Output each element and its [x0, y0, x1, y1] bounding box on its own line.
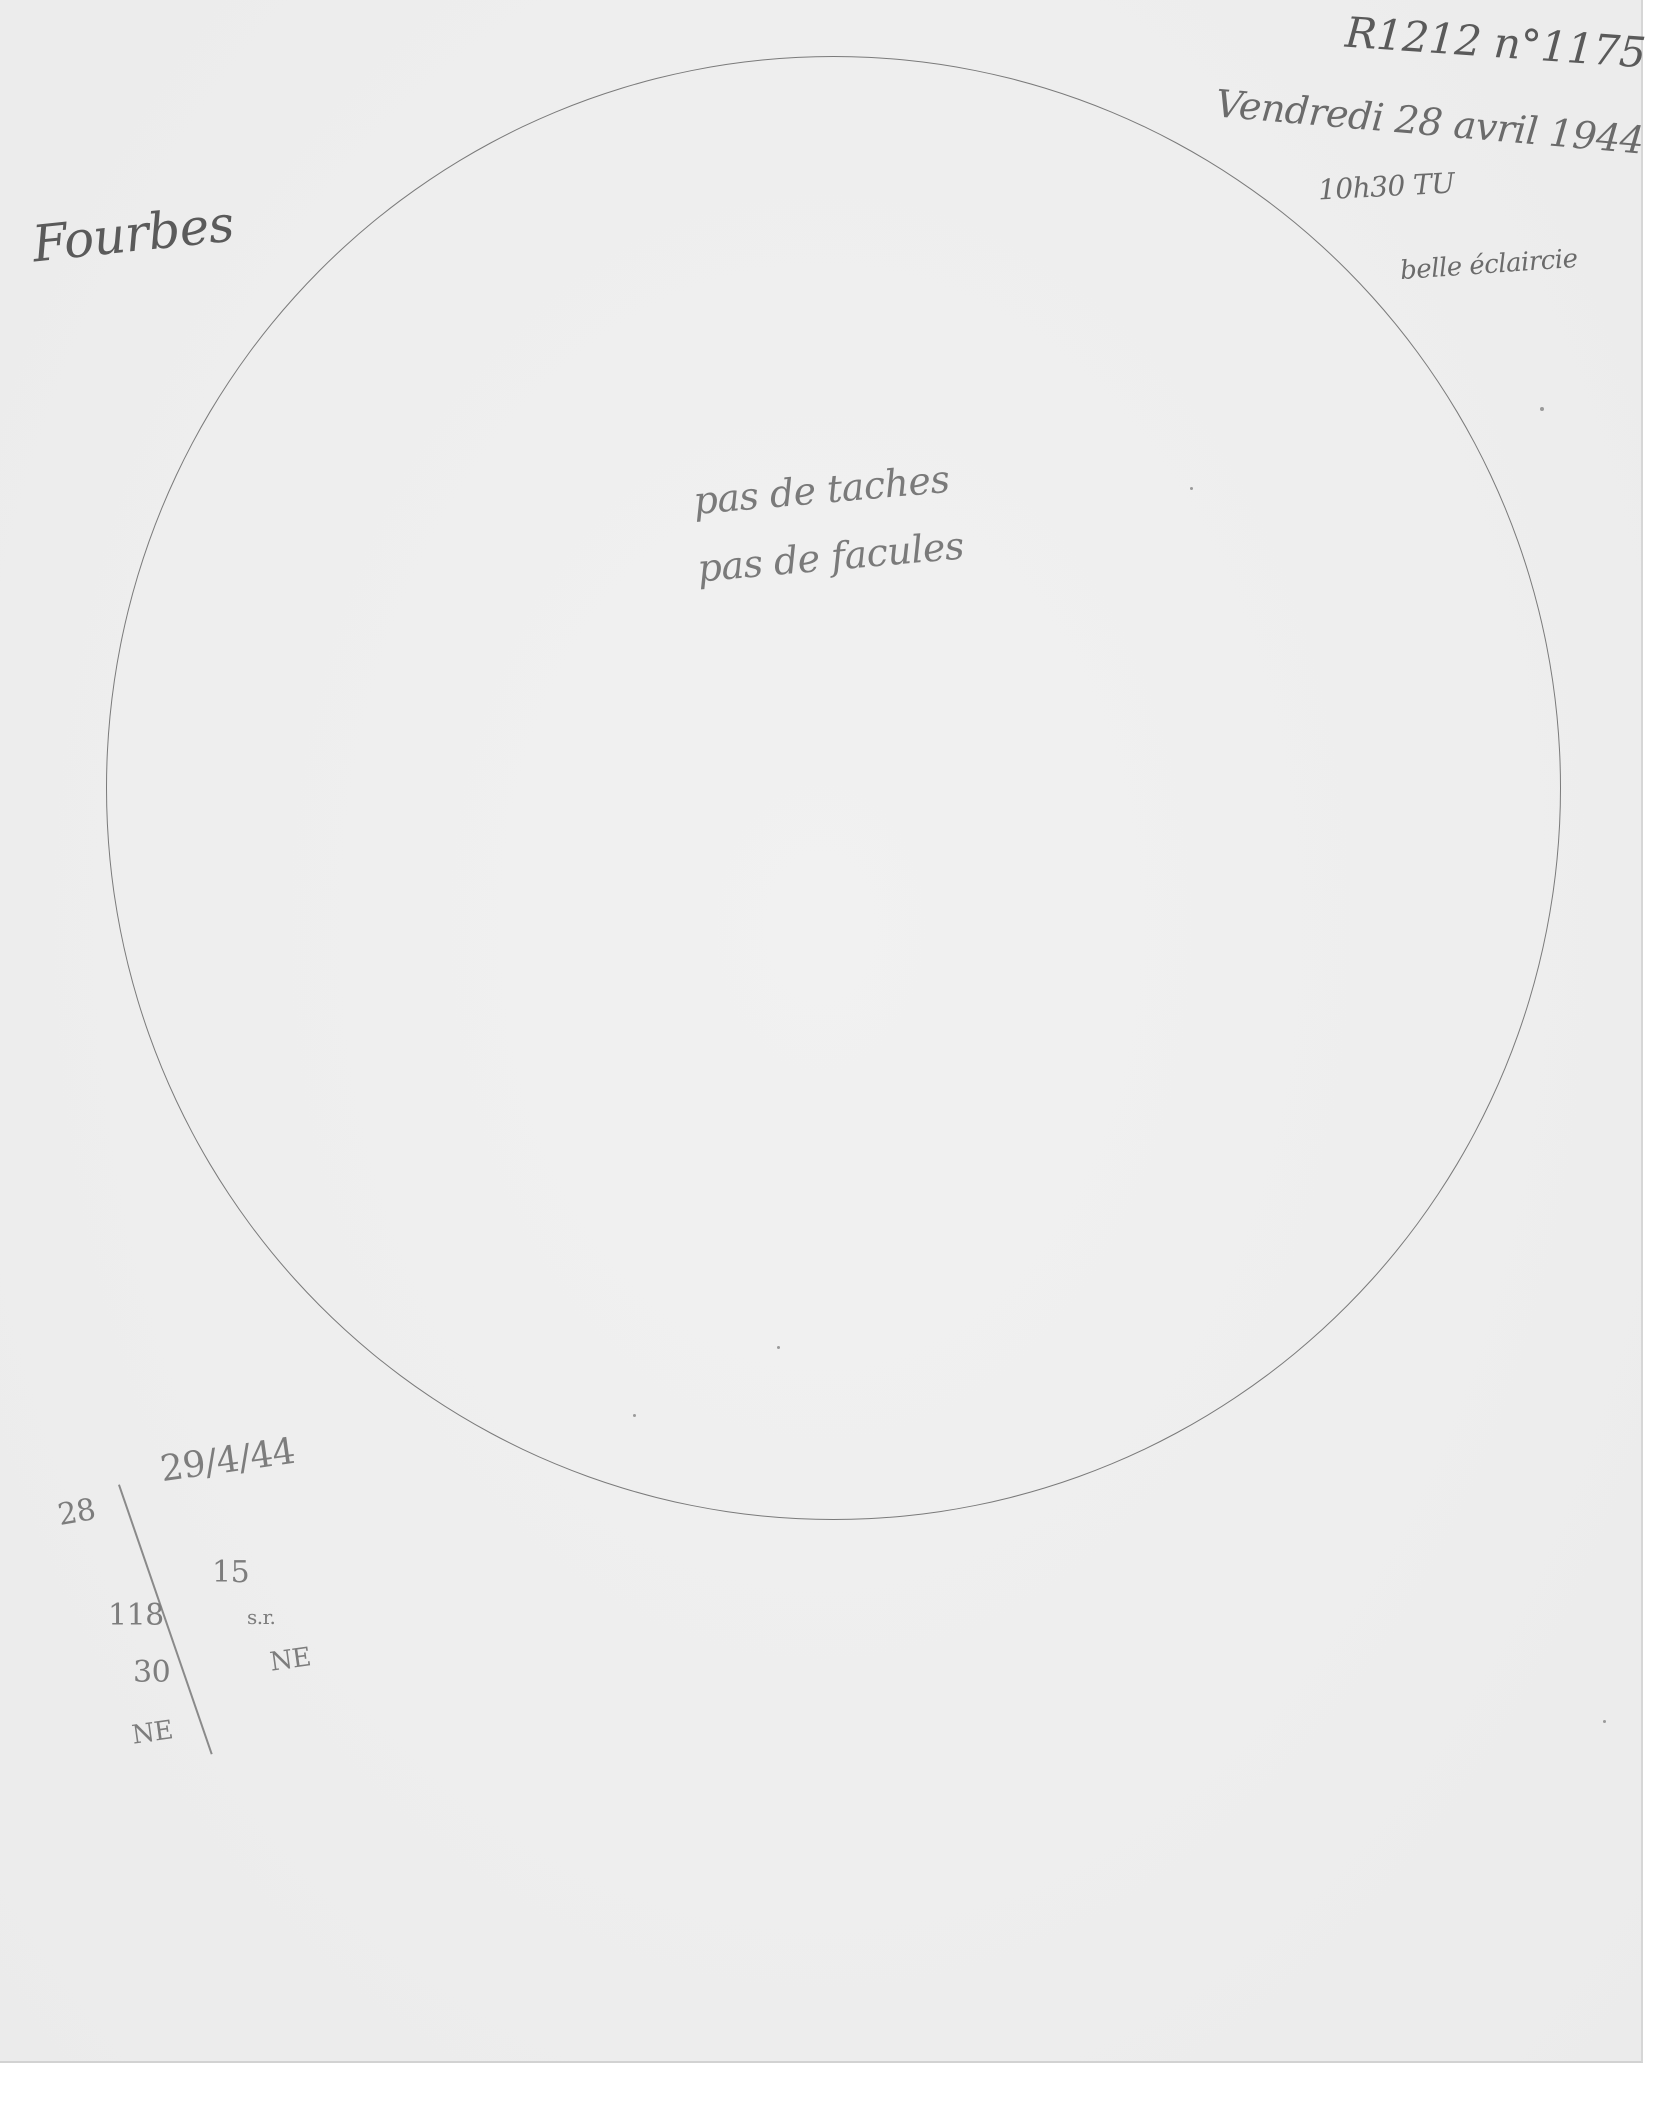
observation-date: Vendredi 28 avril 1944 [1214, 81, 1645, 162]
observer-name: Fourbes [30, 195, 237, 274]
log-direction: NE [130, 1715, 175, 1750]
reference-number: R1212 n°1175 [1344, 8, 1647, 78]
log-value: 30 [133, 1655, 170, 1690]
observation-time: 10h30 TU [1317, 166, 1455, 206]
paper-speck [633, 1414, 636, 1417]
log-value: 15 [212, 1555, 249, 1590]
sky-conditions: belle éclaircie [1399, 244, 1578, 286]
solar-disk-outline [106, 56, 1561, 1520]
paper-sheet: R1212 n°1175 Vendredi 28 avril 1944 10h3… [0, 0, 1643, 2063]
log-direction: NE [268, 1642, 313, 1677]
log-value: s.r. [247, 1605, 275, 1629]
paper-speck [1603, 1720, 1606, 1723]
log-date: 29/4/44 [158, 1431, 298, 1490]
paper-speck [1190, 487, 1193, 490]
paper-speck [777, 1346, 780, 1349]
paper-speck [1540, 407, 1544, 411]
log-value: 28 [55, 1492, 98, 1533]
log-value: 118 [108, 1598, 164, 1633]
